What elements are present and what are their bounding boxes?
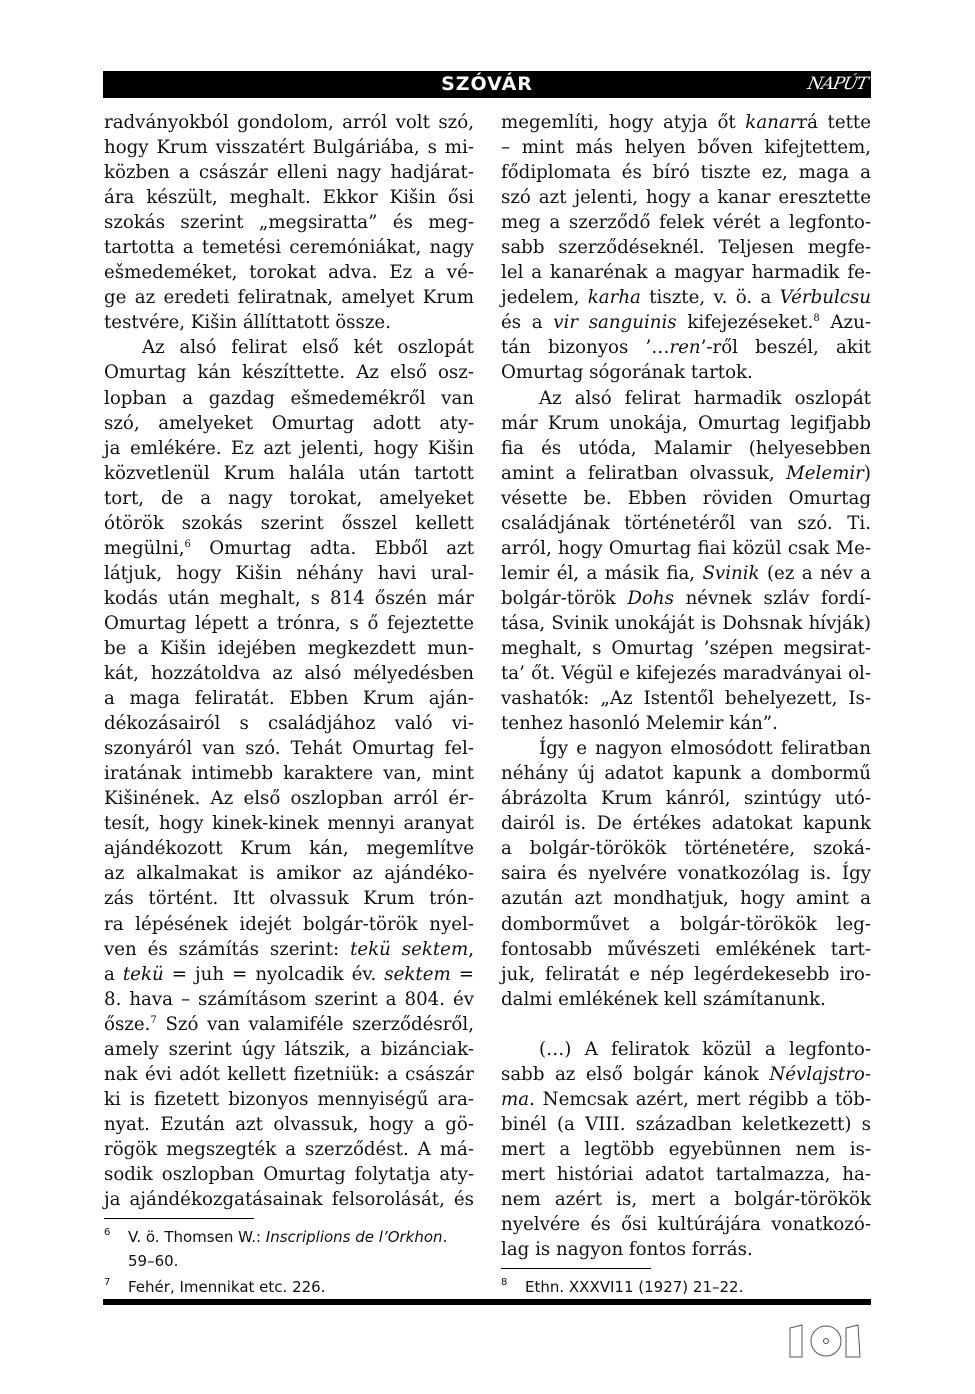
italic-term: tekü sektem <box>350 939 468 960</box>
right-column: megemlíti, hogy atyja őt kanarrá tette –… <box>501 110 871 1262</box>
text-line: mert históriai adatot tartalmazza, ha- <box>501 1162 871 1187</box>
text-line: testvére, Kišin állíttatott össze. <box>104 310 474 335</box>
text-line: 8. hava – számításom szerint a 804. év <box>104 987 474 1012</box>
footnote-7: 7 Fehér, Imennikat etc. 226. <box>104 1275 479 1299</box>
left-column: radványokból gondolom, arról volt szó, h… <box>104 110 474 1212</box>
text-line: vashatók: „Az Istentől behelyezett, Is- <box>501 686 871 711</box>
text-line: megemlíti, hogy atyja őt kanarrá tette <box>501 110 871 135</box>
footnote-number: 7 <box>104 1271 110 1295</box>
footnote-6: 6 V. ö. Thomsen W.: Inscriplions de l’Or… <box>104 1225 479 1273</box>
text-fragment: . Nemcsak azért, mert régibb a töb- <box>529 1089 871 1110</box>
text-line: amely szerint úgy látszik, a bizánciak- <box>104 1037 474 1062</box>
text-line: nyat. Ezután azt olvassuk, hogy a gö- <box>104 1112 474 1137</box>
paragraph: Az alsó felirat harmadik oszlopát már Kr… <box>501 386 871 737</box>
text-line: fődiplomata és bíró tiszte ez, maga a <box>501 160 871 185</box>
text-fragment: tán bizonyos ’… <box>501 337 669 358</box>
text-line: Omurtag lépett a trónra, s ő fejeztette <box>104 611 474 636</box>
text-fragment: . <box>443 1228 448 1246</box>
text-line: hogy Krum visszatért Bulgáriába, s mi- <box>104 135 474 160</box>
text-fragment: ’-ről beszél, akit <box>701 337 871 358</box>
text-fragment: Szó van valamiféle szerződésről, <box>157 1014 474 1035</box>
text-line: meg a szerződő felek vérét a legfonto- <box>501 210 871 235</box>
text-line: ešmedeméket, torokat adva. Ez a vé- <box>104 260 474 285</box>
text-fragment: rá tette <box>798 112 871 133</box>
document-page: SZÓVÁR NAPÚT radványokból gondolom, arró… <box>0 0 975 1394</box>
footnote-text: 59–60. <box>104 1249 479 1273</box>
text-line: be a Kišin idejében megkezdett mun- <box>104 636 474 661</box>
text-line: – mint más helyen bőven kifejtettem, <box>501 135 871 160</box>
text-line: vésette be. Ebben röviden Omurtag <box>501 486 871 511</box>
text-line: lemir él, a másik fia, Svinik (ez a név … <box>501 561 871 586</box>
text-line: lag is nagyon fontos forrás. <box>501 1237 871 1262</box>
text-line: juk, feliratát e nép legérdekesebb iro- <box>501 962 871 987</box>
text-line: tartotta a temetési ceremóniákat, nagy <box>104 235 474 260</box>
text-line: domborművet a bolgár-törökök leg- <box>501 912 871 937</box>
text-line: radványokból gondolom, arról volt szó, <box>104 110 474 135</box>
footnote-text: Ethn. XXXVI11 (1927) 21–22. <box>501 1275 871 1299</box>
text-line: lel a kanarénak a magyar harmadik fe- <box>501 260 871 285</box>
text-fragment: kifejezéseket. <box>677 312 814 333</box>
text-fragment: ősze. <box>104 1014 150 1035</box>
italic-term: ma <box>501 1089 529 1110</box>
page-number <box>788 1320 864 1360</box>
text-line: ábrázolta Krum kánról, szintúgy utó- <box>501 786 871 811</box>
text-line: ára készült, meghalt. Ekkor Kišin ősi <box>104 185 474 210</box>
text-line: dalmi emlékének kell számítanunk. <box>501 987 871 1012</box>
text-fragment: ven és számítás szerint: <box>104 939 350 960</box>
text-fragment: jedelem, <box>501 287 588 308</box>
text-line: mert a legtöbb egyebünnen nem is- <box>501 1137 871 1162</box>
paragraph: (…) A feliratok közül a legfonto- sabb a… <box>501 1037 871 1262</box>
text-line: szó, amelyeket Omurtag adott aty- <box>104 411 474 436</box>
text-line: családjának történetéről van szó. Ti. <box>501 511 871 536</box>
text-fragment: lemir él, a másik fia, <box>501 563 702 584</box>
text-line: kát, hozzátoldva az alsó mélyedésben <box>104 661 474 686</box>
italic-term: sektem <box>384 964 450 985</box>
text-line: amint a feliratban olvassuk, Melemir) <box>501 461 871 486</box>
italic-term: kanar <box>745 112 798 133</box>
text-line: meghalt, s Omurtag ’szépen megsirat- <box>501 636 871 661</box>
text-line: nak évi adót kellett fizetniük: a császá… <box>104 1062 474 1087</box>
text-fragment: = juh = nyolcadik év. <box>164 964 385 985</box>
text-line: tort, de a nagy torokat, amelyeket <box>104 486 474 511</box>
text-line: dékozásairól s családjához való vi- <box>104 711 474 736</box>
text-line: megülni,6 Omurtag adta. Ebből azt <box>104 536 474 561</box>
text-line: ótörök szokás szerint ősszel kellett <box>104 511 474 536</box>
text-line: nyelvére és ősi kultúrájára vonatkozó- <box>501 1212 871 1237</box>
magazine-logo: NAPÚT <box>806 74 869 94</box>
paragraph-gap <box>501 1012 871 1037</box>
text-line: ki is fizetett bizonyos mennyiségű ara- <box>104 1087 474 1112</box>
text-line: tása, Svinik unokáját is Dohsnak hívják) <box>501 611 871 636</box>
text-line: szokás szerint „megsiratta” és meg- <box>104 210 474 235</box>
footnote-divider <box>104 1218 254 1219</box>
text-fragment: amint a feliratban olvassuk, <box>501 463 786 484</box>
text-fragment: névnek szláv fordí- <box>674 588 871 609</box>
footnote-text: Fehér, Imennikat etc. 226. <box>104 1275 479 1299</box>
text-line: a bolgár-törökök történetére, szoká- <box>501 836 871 861</box>
text-line: (…) A feliratok közül a legfonto- <box>501 1037 871 1062</box>
text-fragment: tiszte, v. ö. a <box>641 287 780 308</box>
text-line: fontosabb művészeti emlékének tart- <box>501 937 871 962</box>
text-line: jedelem, karha tiszte, v. ö. a Vérbulcsu <box>501 285 871 310</box>
text-fragment: megemlíti, hogy atyja őt <box>501 112 745 133</box>
footnote-text: V. ö. Thomsen W.: Inscriplions de l’Orkh… <box>104 1225 479 1249</box>
text-fragment: bolgár-török <box>501 588 627 609</box>
text-line: ma. Nemcsak azért, mert régibb a töb- <box>501 1087 871 1112</box>
italic-title: Inscriplions de l’Orkhon <box>266 1228 443 1246</box>
text-line: Kišinének. Az első oszlopban arról ér- <box>104 786 474 811</box>
text-fragment: Azu- <box>820 312 871 333</box>
footnote-number: 6 <box>104 1221 110 1245</box>
text-line: a tekü = juh = nyolcadik év. sektem = <box>104 962 474 987</box>
section-title: SZÓVÁR <box>103 73 871 95</box>
paragraph: radványokból gondolom, arról volt szó, h… <box>104 110 474 335</box>
text-line: sabb az első bolgár kánok Névlajstro- <box>501 1062 871 1087</box>
footer-rule <box>103 1299 871 1305</box>
text-line: ja emlékére. Ez azt jelenti, hogy Kišin <box>104 436 474 461</box>
text-line: ge az eredeti feliratnak, amelyet Krum <box>104 285 474 310</box>
text-line: ja ajándékozgatásainak felsorolását, és <box>104 1187 474 1212</box>
text-line: és a vir sanguinis kifejezéseket.8 Azu- <box>501 310 871 335</box>
text-line: fia és utóda, Malamir (helyesebben <box>501 436 871 461</box>
italic-term: Dohs <box>627 588 674 609</box>
text-line: Az alsó felirat harmadik oszlopát <box>501 386 871 411</box>
footnote-divider <box>501 1268 651 1269</box>
text-line: bolgár-török Dohs névnek szláv fordí- <box>501 586 871 611</box>
text-line: dairól is. De értékes adatokat kapunk <box>501 811 871 836</box>
italic-term: Melemir <box>786 463 864 484</box>
text-line: látjuk, hogy Kišin néhány havi ural- <box>104 561 474 586</box>
italic-term: ren <box>669 337 700 358</box>
text-fragment: megülni, <box>104 538 185 559</box>
text-line: kodás után meghalt, s 814 őszén már <box>104 586 474 611</box>
footnote-number: 8 <box>501 1271 507 1295</box>
italic-term: Vérbulcsu <box>780 287 871 308</box>
paragraph: megemlíti, hogy atyja őt kanarrá tette –… <box>501 110 871 386</box>
text-fragment: és a <box>501 312 553 333</box>
text-line: ajándékozott Krum kán, megemlítve <box>104 836 474 861</box>
paragraph: Így e nagyon elmosódott feliratban néhán… <box>501 736 871 1012</box>
text-line: tesít, hogy kinek-kinek mennyi aranyat <box>104 811 474 836</box>
text-line: saira és nyelvére vonatkozólag is. Így <box>501 861 871 886</box>
italic-term: karha <box>588 287 641 308</box>
italic-term: tekü <box>123 964 164 985</box>
text-line: sodik oszlopban Omurtag folytatja aty- <box>104 1162 474 1187</box>
text-line: az alkalmakat is amikor az ajándéko- <box>104 861 474 886</box>
text-line: arról, hogy Omurtag fiai közül csak Me- <box>501 536 871 561</box>
text-fragment: a <box>104 964 123 985</box>
section-header-bar: SZÓVÁR NAPÚT <box>103 71 871 98</box>
text-line: ra lépésének idejét bolgár-török nyel- <box>104 912 474 937</box>
text-line: zás történt. Itt olvassuk Krum trón- <box>104 886 474 911</box>
text-line: tenhez hasonló Melemir kán”. <box>501 711 871 736</box>
text-line: Omurtag sógorának tartok. <box>501 360 871 385</box>
text-fragment: ) <box>864 463 871 484</box>
text-line: közben a császár elleni nagy hadjárat- <box>104 160 474 185</box>
text-line: szonyáról van szó. Tehát Omurtag fel- <box>104 736 474 761</box>
text-line: ta’ őt. Végül e kifejezés maradványai ol… <box>501 661 871 686</box>
text-line: a maga feliratát. Ebben Krum aján- <box>104 686 474 711</box>
italic-term: Névlajstro- <box>769 1064 871 1085</box>
text-line: ősze.7 Szó van valamiféle szerződésről, <box>104 1012 474 1037</box>
text-line: tán bizonyos ’…ren’-ről beszél, akit <box>501 335 871 360</box>
text-fragment: V. ö. Thomsen W.: <box>128 1228 266 1246</box>
text-line: iratának intimebb karaktere van, mint <box>104 761 474 786</box>
page-number-101-glyph-icon <box>788 1320 864 1360</box>
italic-term: Svinik <box>702 563 759 584</box>
text-fragment: Omurtag adta. Ebből azt <box>191 538 474 559</box>
text-line: rögök megszegték a szerződést. A má- <box>104 1137 474 1162</box>
text-line: nem azért is, mert a bolgár-törökök <box>501 1187 871 1212</box>
paragraph: Az alsó felirat első két oszlopát Omurta… <box>104 335 474 1212</box>
text-line: néhány új adatot kapunk a dombormű <box>501 761 871 786</box>
italic-term: vir sanguinis <box>553 312 676 333</box>
text-line: sabb szerződéseknél. Teljesen megfe- <box>501 235 871 260</box>
text-line: lopban a gazdag ešmedemékről van <box>104 386 474 411</box>
text-line: már Krum unokája, Omurtag legifjabb <box>501 411 871 436</box>
text-line: Omurtag kán készíttette. Az első osz- <box>104 360 474 385</box>
text-fragment: (ez a név a <box>760 563 871 584</box>
text-fragment: sabb az első bolgár kánok <box>501 1064 769 1085</box>
footnote-8: 8 Ethn. XXXVI11 (1927) 21–22. <box>501 1275 871 1299</box>
text-fragment: = <box>451 964 474 985</box>
text-line: azután azt mondhatjuk, hogy amint a <box>501 886 871 911</box>
text-line: szó azt jelenti, hogy a kanar eresztette <box>501 185 871 210</box>
text-line: Így e nagyon elmosódott feliratban <box>501 736 871 761</box>
text-line: Az alsó felirat első két oszlopát <box>104 335 474 360</box>
text-line: közvetlenül Krum halála után tartott <box>104 461 474 486</box>
text-line: ven és számítás szerint: tekü sektem, <box>104 937 474 962</box>
text-fragment: , <box>468 939 474 960</box>
text-line: binél (a VIII. században keletkezett) s <box>501 1112 871 1137</box>
